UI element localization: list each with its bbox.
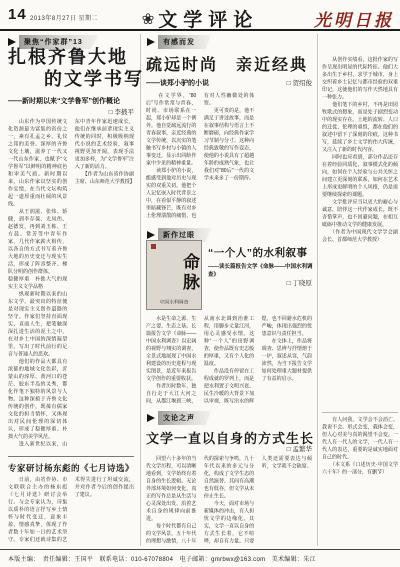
mid-bottom-body: 回望六十多年的当代文学历程，可以清晰地看到，文学始终有着自身的生长逻辑。无论外部…: [146, 455, 312, 546]
mid-top-body: 在文学界，“80后”写作常常与青春、时尚、市场联系在一起，郑小驴却是一个例外。他…: [146, 92, 312, 224]
mid-top-title: 疏远时尚 亲近经典: [146, 52, 308, 75]
left-article-body: 山东作为中国传统文化资源最为富集的省份之一，素有孔孟之乡、礼仪之邦的美誉。深厚的…: [8, 118, 134, 452]
seal-icon: [151, 244, 156, 249]
mid-center-byline: □ 丁晓原: [208, 278, 312, 287]
masthead-title: 光明日报: [314, 6, 394, 31]
mid-center-title: “一个人”的水利叙事: [208, 245, 314, 260]
tag-label: 有感而发: [158, 35, 211, 49]
mid-bottom-byline: □ 孟繁华: [146, 444, 312, 453]
right-column-body-1: 从创作实绩看，这批作家的写作呈现出明显的代际特征。他们大多出生于乡村，求学于城市…: [322, 56, 398, 410]
newspaper-page: 14 2013年8月27日 星期二 ❀ 文学评论 光明日报 聚焦“作家群”13 …: [0, 0, 400, 567]
left-article-title-line2: 的文学书写: [44, 70, 144, 90]
column-tag-mid-top: 有感而发: [147, 35, 211, 49]
box-rule: [8, 456, 134, 457]
mid-center-subtitle: ——读长篇报告文学《命脉——中国水利调查》: [208, 262, 314, 278]
box-title: 专家研讨杨东彪的《七月诗选》: [8, 462, 134, 474]
column-divider: [317, 34, 318, 546]
left-article-byline: □ 李掖平: [8, 107, 134, 116]
book-cover-image: 命脉 中国水利调查: [146, 240, 202, 310]
left-article-subtitle: ——新时期以来“文学鲁军”创作概论: [8, 96, 120, 106]
left-article-title-line1: 扎根齐鲁大地: [8, 48, 128, 68]
right-column-rule: [322, 412, 398, 413]
footer-rule: [0, 549, 400, 550]
tag-triangle-icon: [147, 414, 155, 422]
mid-top-byline: □ 贺绍俊: [146, 78, 312, 87]
tag-triangle-icon: [147, 231, 155, 239]
tag-label: 文论之声: [158, 411, 211, 425]
box-body: 日前，由省作协、市文联联合主办的杨东彪《七月诗选》研讨会举行。与会专家认为，诗集…: [8, 476, 134, 546]
column-tag-mid-bottom: 文论之声: [147, 411, 211, 425]
right-column-body-2: 有人问我，文学会不会消亡。我说不会。形式会变，载体会变，但人心对美与真的渴望不会…: [322, 416, 398, 548]
column-divider: [140, 34, 141, 546]
mid-center-body: 水是生命之源、生产之要、生态之基。长篇报告文学《命脉——中国水利调查》以宏阔的视…: [146, 315, 312, 405]
tag-triangle-icon: [147, 38, 155, 46]
footer-credits: 本版主编： 责任编辑：王国平 联系电话：010-67078804 电子邮箱：gm…: [8, 554, 316, 563]
tag-triangle-icon: [8, 38, 16, 46]
book-cover-title: 命脉: [180, 253, 197, 293]
header-rule: [0, 29, 400, 31]
book-cover-caption: 中国水利调查: [160, 298, 189, 305]
section-title: 文学评论: [158, 5, 258, 32]
rosette-logo-icon: ❀: [142, 10, 155, 28]
